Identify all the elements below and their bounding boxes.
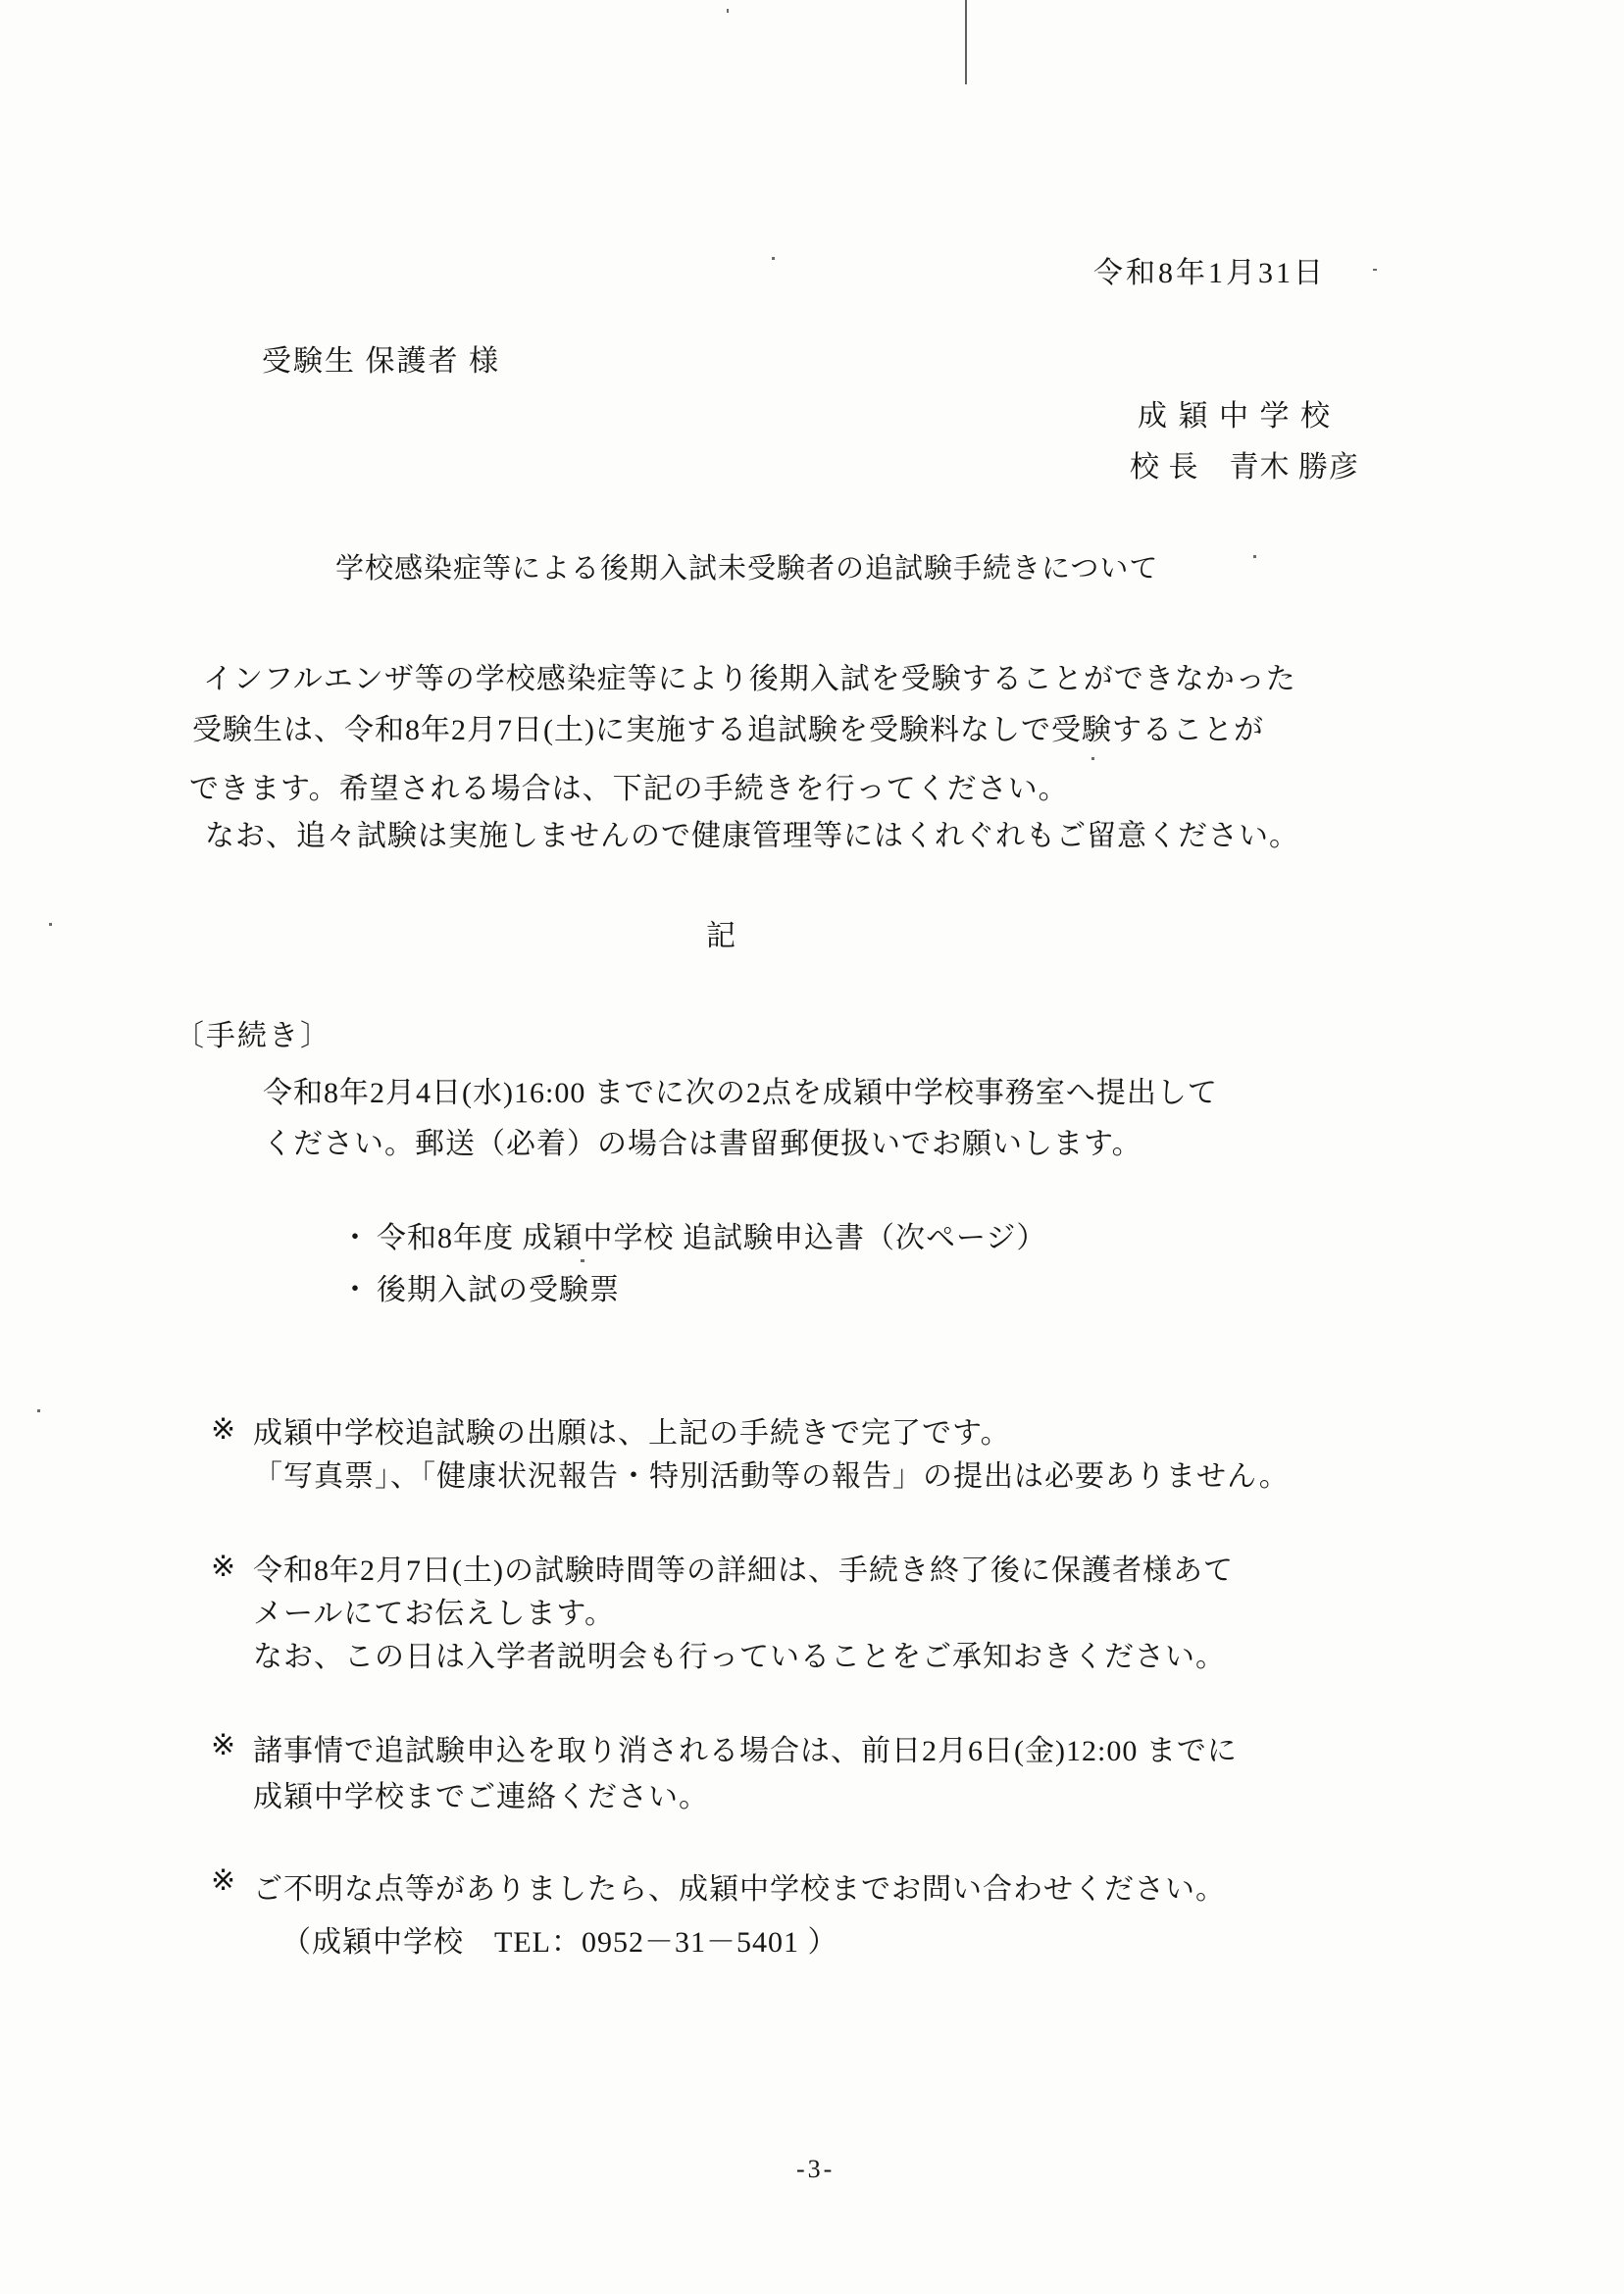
intro-line-4: なお、追々試験は実施しませんので健康管理等にはくれぐれもご留意ください。 — [205, 820, 1299, 852]
scan-artifact-speck — [1091, 757, 1094, 760]
note-line: メールにてお伝えします。 — [253, 1593, 1234, 1636]
page-number: -3- — [796, 2156, 835, 2184]
note-line: 成穎中学校までご連絡ください。 — [253, 1774, 1238, 1820]
note-line: 「写真票」、「健康状況報告・特別活動等の報告」の提出は必要ありません。 — [253, 1455, 1290, 1499]
attachment-item-2: ・後期入試の受験票 — [340, 1265, 620, 1308]
note-block-1: ※ 成穎中学校追試験の出願は、上記の手続きで完了です。 「写真票」、「健康状況報… — [211, 1412, 1290, 1499]
bullet-icon: ・ — [340, 1213, 371, 1256]
note-block-4: ※ ご不明な点等がありましたら、成穎中学校までお問い合わせください。 （成穎中学… — [211, 1863, 1226, 1969]
note-line: 成穎中学校追試験の出願は、上記の手続きで完了です。 — [253, 1412, 1290, 1455]
intro-line-2: 受験生は、令和8年2月7日(土)に実施する追試験を受験料なしで受験することが — [192, 714, 1264, 746]
recipient-line: 受験生 保護者 様 — [262, 345, 500, 378]
reference-mark-icon: ※ — [211, 1728, 235, 1762]
note-line: 令和8年2月7日(土)の試験時間等の詳細は、手続き終了後に保護者様あて — [253, 1550, 1234, 1593]
note-line: なお、この日は入学者説明会も行っていることをご承知おきください。 — [253, 1636, 1234, 1679]
note-block-3: ※ 諸事情で追試験申込を取り消される場合は、前日2月6日(金)12:00 までに… — [211, 1728, 1238, 1820]
scan-artifact-speck — [1373, 269, 1377, 271]
procedure-heading: 〔手続き〕 — [175, 1020, 331, 1052]
procedure-line-2: ください。郵送（必着）の場合は書留郵便扱いでお願いします。 — [263, 1128, 1142, 1160]
document-title: 学校感染症等による後期入試未受験者の追試験手続きについて — [335, 554, 1158, 586]
reference-mark-icon: ※ — [211, 1412, 235, 1447]
bullet-icon: ・ — [340, 1265, 371, 1308]
note-block-2: ※ 令和8年2月7日(土)の試験時間等の詳細は、手続き終了後に保護者様あて メー… — [211, 1550, 1234, 1679]
record-heading: 記 — [706, 920, 736, 952]
note-line: 諸事情で追試験申込を取り消される場合は、前日2月6日(金)12:00 までに — [253, 1728, 1238, 1774]
note-line: ご不明な点等がありましたら、成穎中学校までお問い合わせください。 — [253, 1863, 1226, 1916]
note-line-contact-tel: （成穎中学校 TEL：0952－31－5401 ） — [281, 1916, 1226, 1969]
sender-principal-name: 校 長 青木 勝彦 — [1130, 451, 1359, 484]
scan-artifact-speck — [727, 9, 729, 13]
scan-artifact-speck — [1253, 555, 1256, 558]
document-page: 令和8年1月31日 受験生 保護者 様 成 穎 中 学 校 校 長 青木 勝彦 … — [0, 0, 1624, 2294]
intro-line-1: インフルエンザ等の学校感染症等により後期入試を受験することができなかった — [203, 663, 1296, 695]
date-line: 令和8年1月31日 — [1093, 257, 1326, 289]
scan-artifact-speck — [37, 1409, 40, 1412]
scan-artifact-speck — [772, 257, 775, 260]
sender-school-name: 成 穎 中 学 校 — [1138, 400, 1332, 433]
attachment-item-1: ・令和8年度 成穎中学校 追試験申込書（次ページ） — [340, 1213, 1046, 1256]
attachment-item-label: 令和8年度 成穎中学校 追試験申込書（次ページ） — [377, 1222, 1046, 1254]
intro-line-3: できます。希望される場合は、下記の手続きを行ってください。 — [189, 773, 1069, 805]
procedure-line-1: 令和8年2月4日(水)16:00 までに次の2点を成穎中学校事務室へ提出して — [263, 1077, 1218, 1109]
scan-artifact-speck — [581, 1259, 584, 1262]
scan-artifact-speck — [49, 923, 52, 926]
scan-artifact-line — [965, 0, 967, 84]
reference-mark-icon: ※ — [211, 1863, 235, 1898]
attachment-item-label: 後期入試の受験票 — [377, 1274, 620, 1306]
reference-mark-icon: ※ — [211, 1550, 235, 1584]
